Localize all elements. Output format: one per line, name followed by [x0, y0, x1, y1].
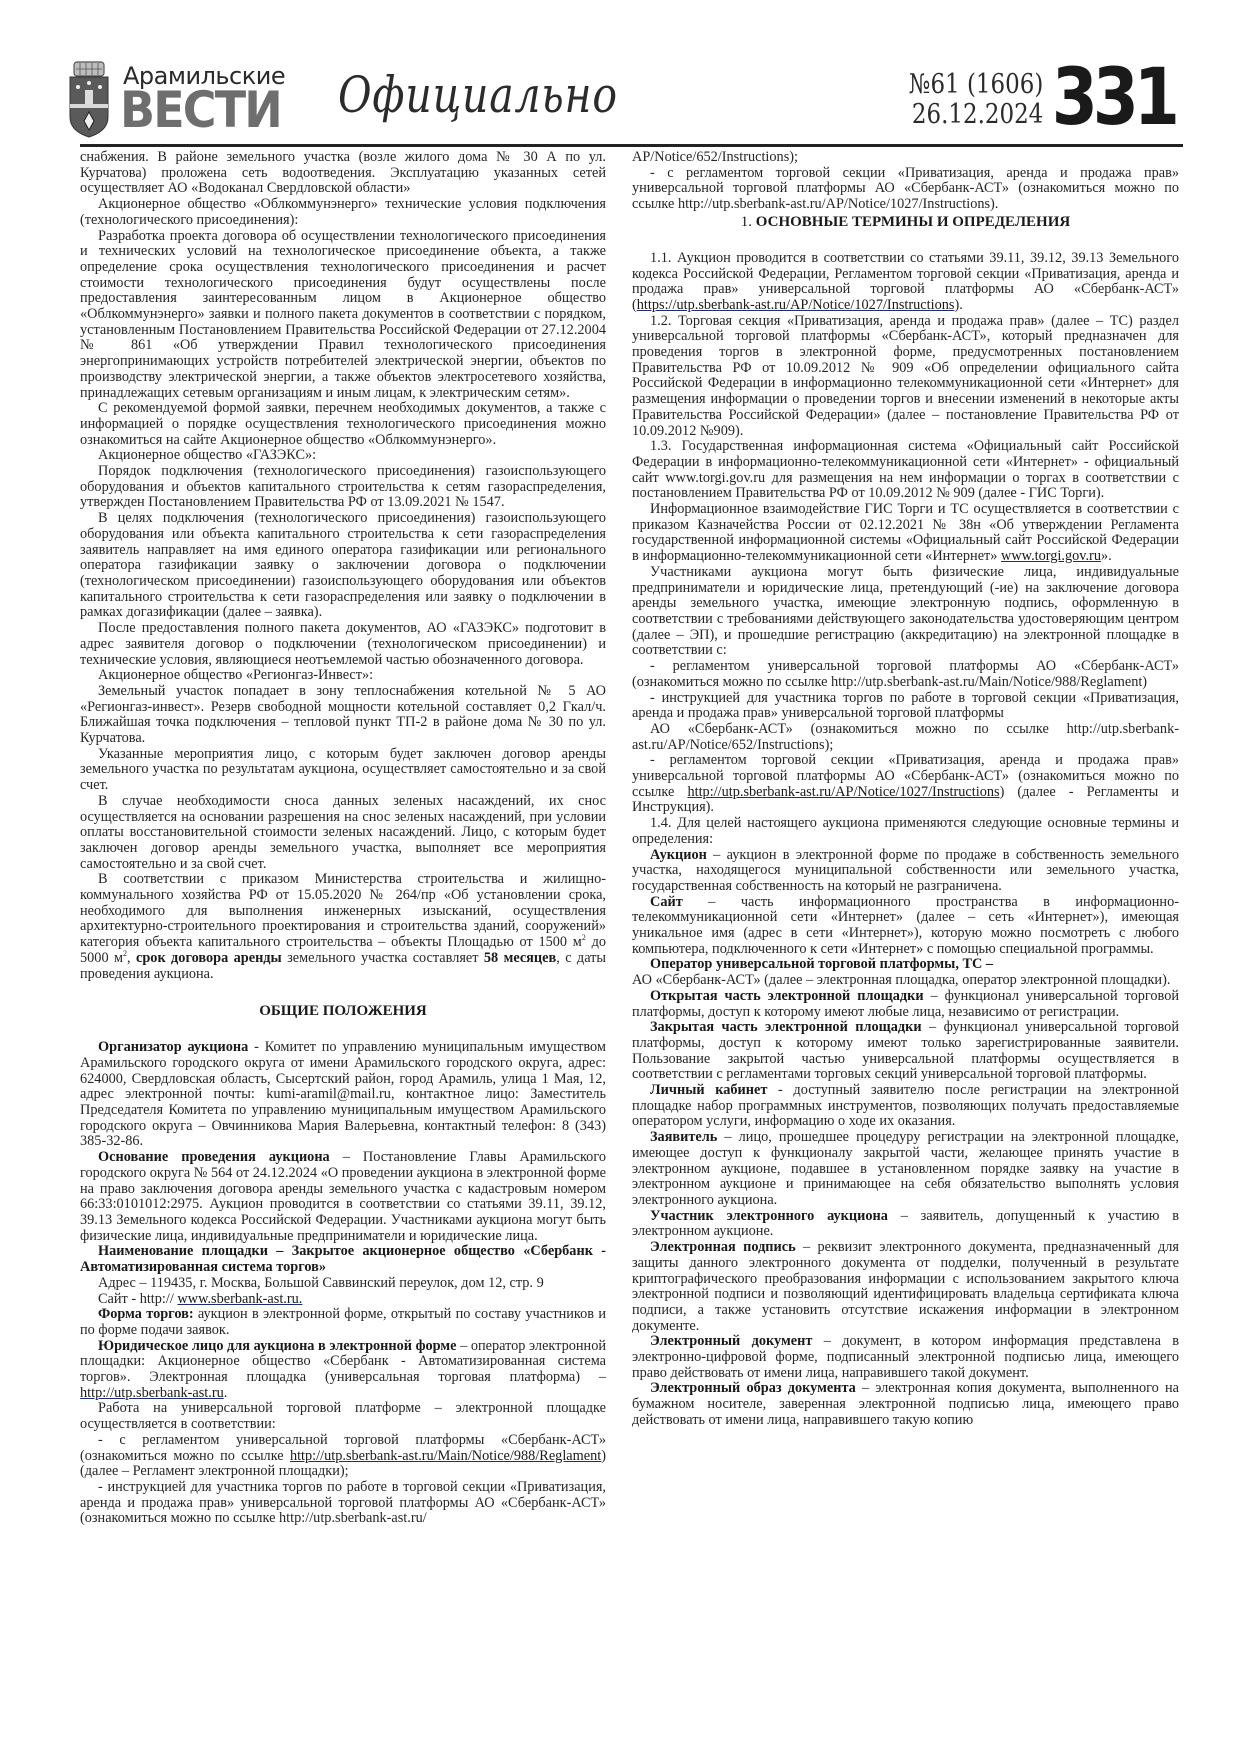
- paragraph: - инструкцией для участника торгов по ра…: [632, 691, 1179, 722]
- term-definition: Личный кабинет - доступный заявителю пос…: [632, 1083, 1179, 1130]
- paragraph: Наименование площадки – Закрытое акционе…: [80, 1244, 606, 1275]
- paragraph: - инструкцией для участника торгов по ра…: [80, 1480, 606, 1527]
- term-definition: Участник электронного аукциона – заявите…: [632, 1209, 1179, 1240]
- paragraph: Акционерное общество «Облкоммунэнерго» т…: [80, 197, 606, 228]
- paragraph: AP/Notice/652/Instructions);: [632, 150, 1179, 166]
- paragraph: Акционерное общество «ГАЗЭКС»:: [80, 448, 606, 464]
- term-definition: Открытая часть электронной площадки – фу…: [632, 989, 1179, 1020]
- right-column: AP/Notice/652/Instructions); - с регламе…: [632, 150, 1179, 1429]
- left-column: снабжения. В районе земельного участка (…: [80, 150, 606, 1527]
- paragraph: Информационное взаимодействие ГИС Торги …: [632, 502, 1179, 565]
- section-heading-general: ОБЩИЕ ПОЛОЖЕНИЯ: [80, 1002, 606, 1020]
- paragraph: Указанные мероприятия лицо, с которым бу…: [80, 747, 606, 794]
- paragraph: 1.2. Торговая секция «Приватизация, арен…: [632, 314, 1179, 440]
- paragraph: Основание проведения аукциона – Постанов…: [80, 1150, 606, 1244]
- paragraph: Организатор аукциона - Комитет по управл…: [80, 1040, 606, 1150]
- paragraph: АО «Сбербанк-АСТ» (далее – электронная п…: [632, 973, 1179, 989]
- paragraph: - регламентом универсальной торговой пла…: [632, 659, 1179, 690]
- header-rule: [80, 144, 1183, 147]
- paragraph: Адрес – 119435, г. Москва, Большой Савви…: [80, 1276, 606, 1292]
- paragraph: - с регламентом торговой секции «Привати…: [632, 166, 1179, 213]
- paragraph: После предоставления полного пакета доку…: [80, 621, 606, 668]
- paragraph: АО «Сбербанк-АСТ» (ознакомиться можно по…: [632, 722, 1179, 753]
- section-heading-terms: 1. ОСНОВНЫЕ ТЕРМИНЫ И ОПРЕДЕЛЕНИЯ: [632, 213, 1179, 231]
- page-number: 331: [1052, 56, 1175, 140]
- paragraph: 1.3. Государственная информационная сист…: [632, 439, 1179, 502]
- paragraph: 1.1. Аукцион проводится в соответствии с…: [632, 251, 1179, 314]
- newspaper-logo: Арамильские ВЕСТИ: [68, 58, 298, 140]
- logo-main-text: ВЕСТИ: [120, 82, 281, 138]
- term-definition: Аукцион – аукцион в электронной форме по…: [632, 848, 1179, 895]
- torgi-gov-link[interactable]: www.torgi.gov.ru: [1001, 548, 1101, 564]
- paragraph: Юридическое лицо для аукциона в электрон…: [80, 1339, 606, 1402]
- paragraph: Земельный участок попадает в зону теплос…: [80, 684, 606, 747]
- paragraph: В целях подключения (технологического пр…: [80, 511, 606, 621]
- term-definition: Электронная подпись – реквизит электронн…: [632, 1240, 1179, 1334]
- term-definition: Закрытая часть электронной площадки – фу…: [632, 1020, 1179, 1083]
- term-definition: Сайт – часть информационного пространств…: [632, 895, 1179, 958]
- coat-of-arms-icon: [68, 60, 110, 138]
- lease-term-value: 58 месяцев: [484, 950, 556, 966]
- term-definition: Электронный документ – документ, в котор…: [632, 1334, 1179, 1381]
- paragraph: Акционерное общество «Регионгаз-Инвест»:: [80, 668, 606, 684]
- paragraph: Порядок подключения (технологического пр…: [80, 464, 606, 511]
- term-definition: Заявитель – лицо, прошедшее процедуру ре…: [632, 1130, 1179, 1209]
- paragraph: Сайт - http:// www.sberbank-ast.ru.: [80, 1292, 606, 1308]
- instructions-1027-link[interactable]: https://utp.sberbank-ast.ru/AP/Notice/10…: [637, 297, 955, 313]
- term-definition: Электронный образ документа – электронна…: [632, 1381, 1179, 1428]
- issue-date: 26.12.2024: [908, 100, 1043, 130]
- reglament-link[interactable]: http://utp.sberbank-ast.ru/Main/Notice/9…: [290, 1448, 601, 1464]
- paragraph: - с регламентом универсальной торговой п…: [80, 1433, 606, 1480]
- paragraph: 1.4. Для целей настоящего аукциона приме…: [632, 816, 1179, 847]
- term-definition: Оператор универсальной торговой платформ…: [632, 957, 1179, 973]
- reglament-1027-link[interactable]: http://utp.sberbank-ast.ru/AP/Notice/102…: [687, 784, 999, 800]
- paragraph: В соответствии с приказом Министерства с…: [80, 872, 606, 982]
- paragraph: - регламентом торговой секции «Приватиза…: [632, 753, 1179, 816]
- issue-number: №61 (1606): [908, 70, 1043, 100]
- paragraph: С рекомендуемой формой заявки, перечнем …: [80, 401, 606, 448]
- masthead: Арамильские ВЕСТИ Официально №61 (1606) …: [68, 58, 1183, 146]
- section-title: Официально: [338, 66, 618, 124]
- lease-term-label: срок договора аренды: [136, 950, 282, 966]
- paragraph: снабжения. В районе земельного участка (…: [80, 150, 606, 197]
- sberbank-ast-link[interactable]: www.sberbank-ast.ru.: [177, 1291, 302, 1307]
- paragraph: Форма торгов: аукцион в электронной форм…: [80, 1307, 606, 1338]
- paragraph: Участниками аукциона могут быть физическ…: [632, 565, 1179, 659]
- issue-info: №61 (1606) 26.12.2024: [908, 70, 1043, 130]
- paragraph: Разработка проекта договора об осуществл…: [80, 229, 606, 402]
- paragraph: Работа на универсальной торговой платфор…: [80, 1401, 606, 1432]
- utp-sberbank-link[interactable]: http://utp.sberbank-ast.ru: [80, 1385, 224, 1401]
- paragraph: В случае необходимости сноса данных зеле…: [80, 794, 606, 873]
